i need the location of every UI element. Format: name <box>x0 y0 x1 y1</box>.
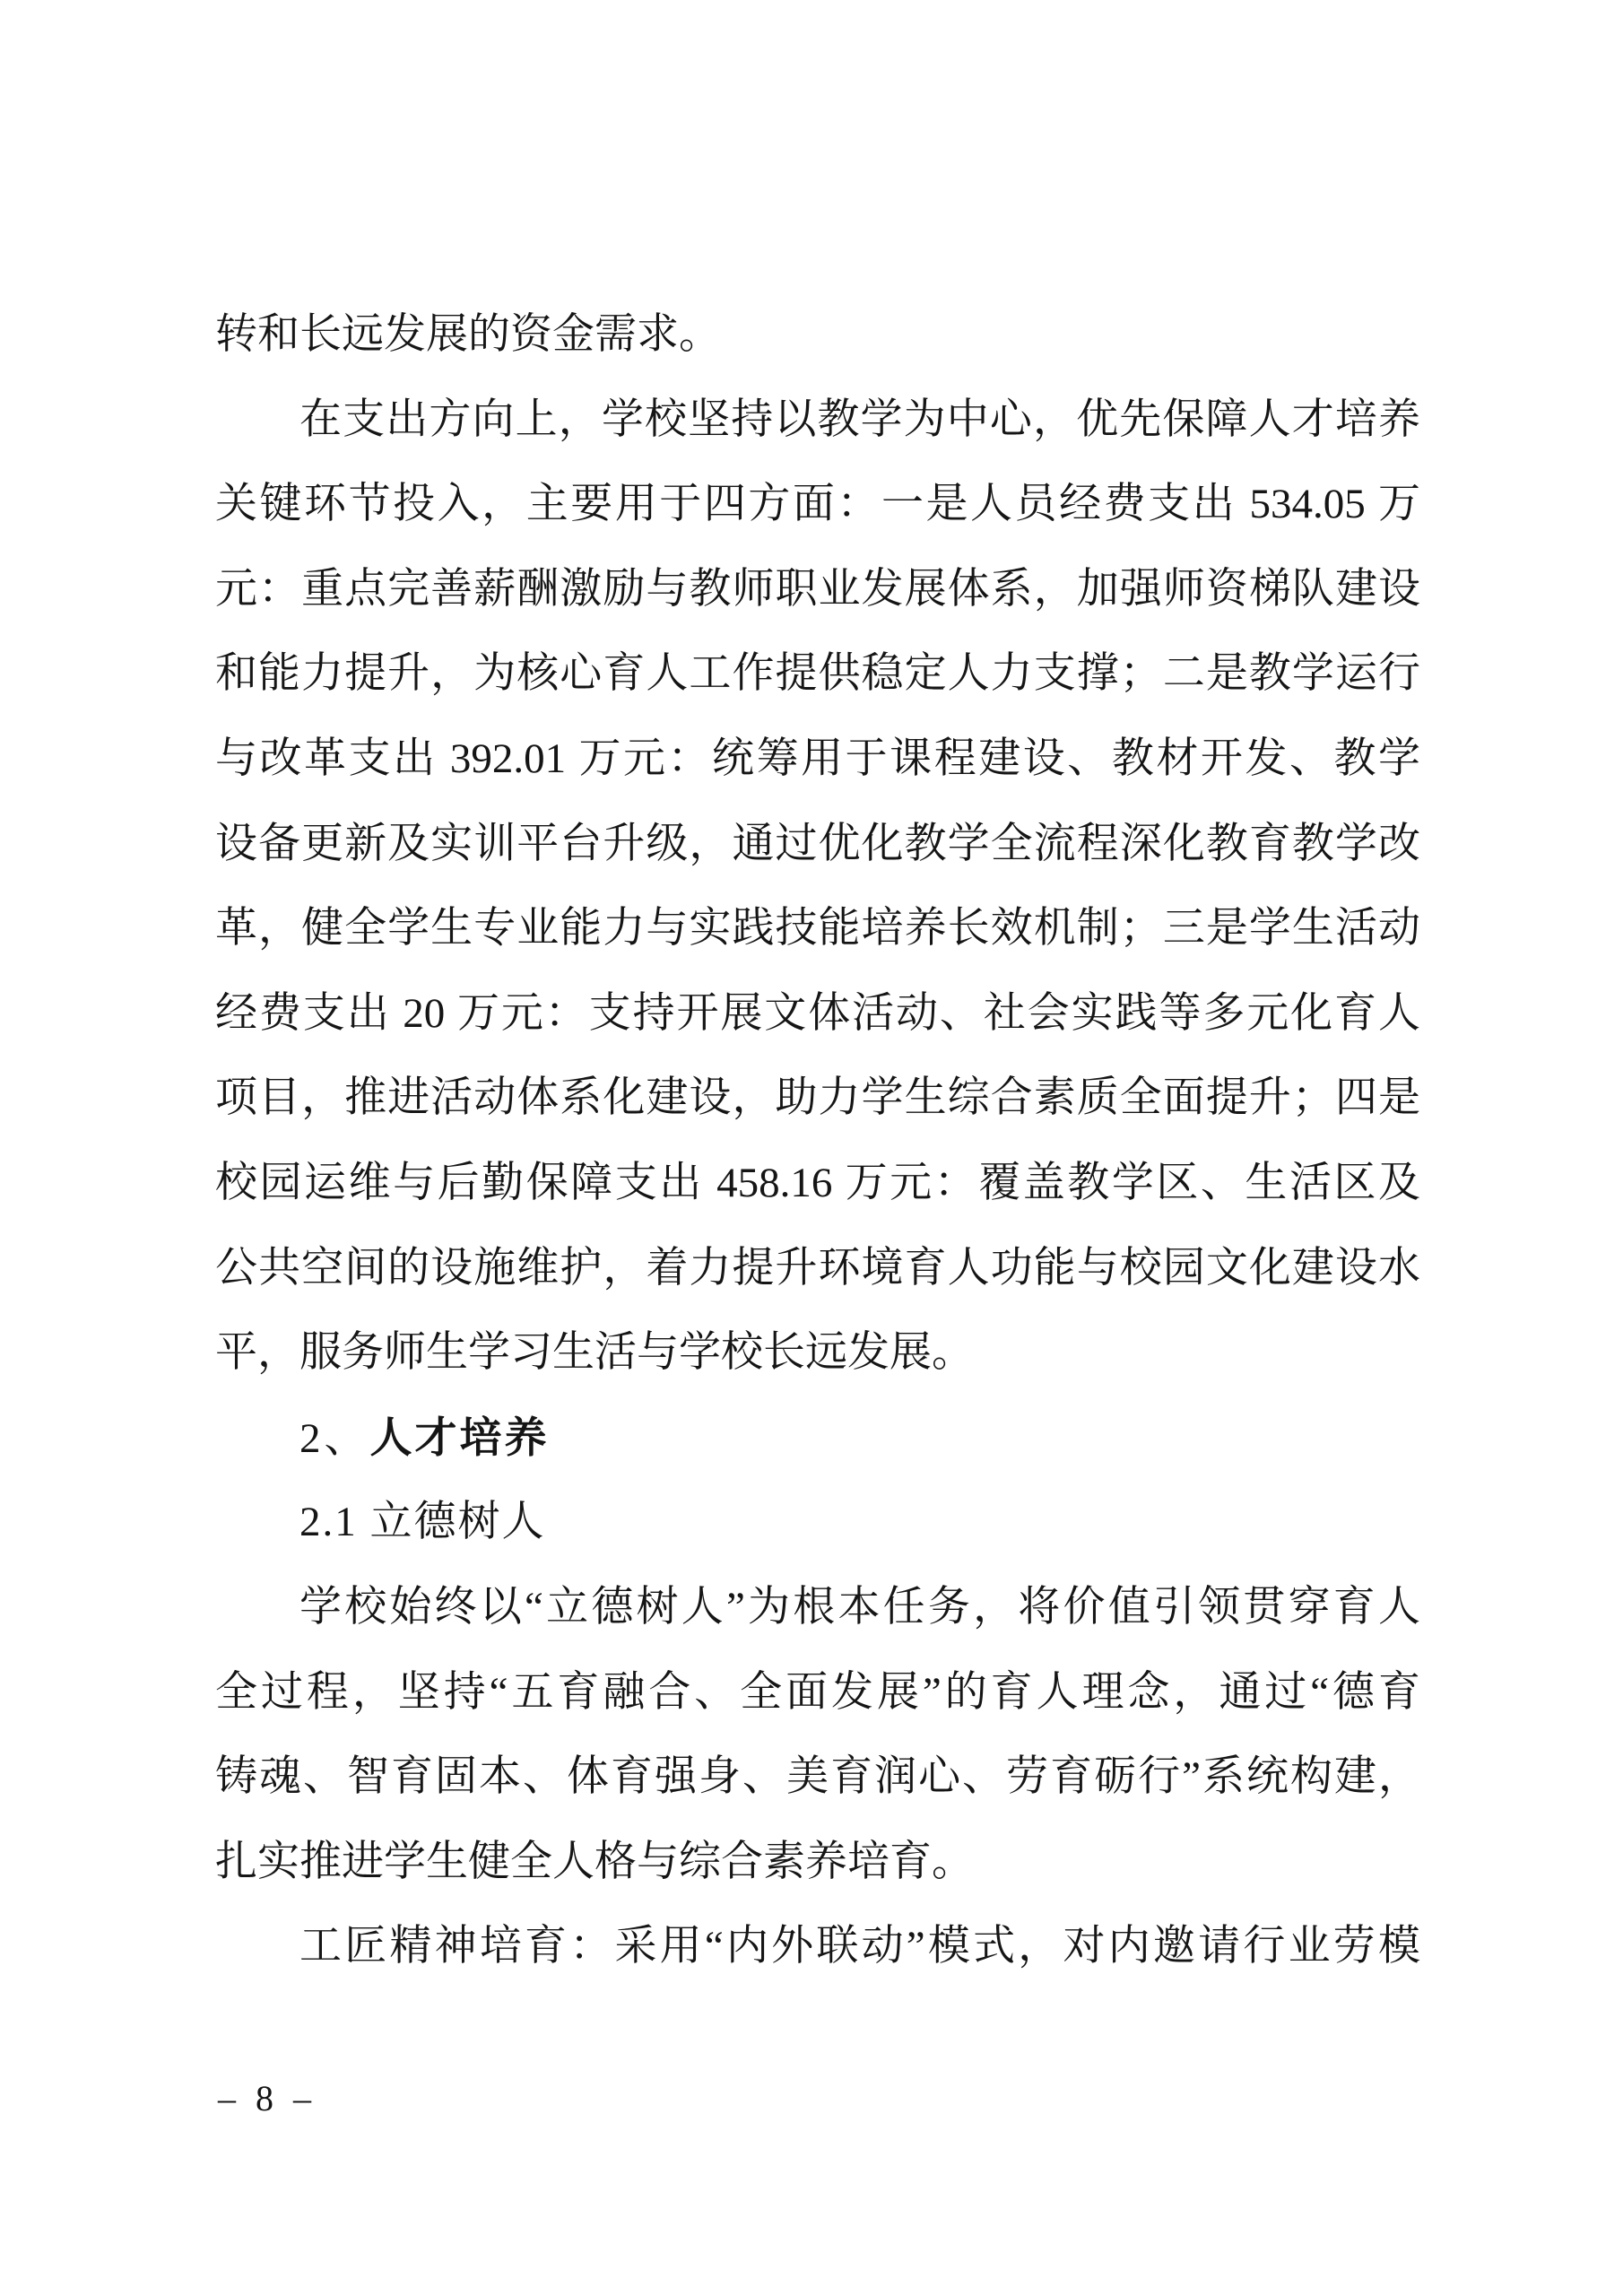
text-line: 设备更新及实训平台升级，通过优化教学全流程深化教育教学改 <box>215 802 1420 887</box>
heading-part: 人才培养 <box>370 1413 550 1461</box>
text-line: 关键环节投入，主要用于四方面：一是人员经费支出 534.05 万 <box>215 462 1420 547</box>
heading-part: 2、 <box>299 1415 370 1462</box>
text-line: 校园运维与后勤保障支出 458.16 万元：覆盖教学区、生活区及 <box>215 1141 1420 1226</box>
document-body: 转和长远发展的资金需求。在支出方向上，学校坚持以教学为中心，优先保障人才培养关键… <box>215 292 1420 1989</box>
section-heading: 2、人才培养 <box>215 1396 1420 1481</box>
text-line: 经费支出 20 万元：支持开展文体活动、社会实践等多元化育人 <box>215 971 1420 1057</box>
subsection-heading: 2.1 立德树人 <box>215 1480 1420 1565</box>
text-line: 扎实推进学生健全人格与综合素养培育。 <box>215 1820 1420 1905</box>
text-line: 公共空间的设施维护，着力提升环境育人功能与校园文化建设水 <box>215 1226 1420 1311</box>
text-line: 和能力提升，为核心育人工作提供稳定人力支撑；二是教学运行 <box>215 631 1420 717</box>
text-line: 全过程，坚持“五育融合、全面发展”的育人理念，通过“德育 <box>215 1650 1420 1735</box>
text-line: 革，健全学生专业能力与实践技能培养长效机制；三是学生活动 <box>215 886 1420 971</box>
page-number: – 8 – <box>218 2079 317 2118</box>
text-line: 元：重点完善薪酬激励与教师职业发展体系，加强师资梯队建设 <box>215 547 1420 632</box>
text-line: 铸魂、智育固本、体育强身、美育润心、劳育砺行”系统构建， <box>215 1735 1420 1820</box>
text-line: 转和长远发展的资金需求。 <box>215 292 1420 378</box>
document-page: 转和长远发展的资金需求。在支出方向上，学校坚持以教学为中心，优先保障人才培养关键… <box>0 0 1623 2296</box>
text-line: 平，服务师生学习生活与学校长远发展。 <box>215 1310 1420 1396</box>
text-line: 工匠精神培育：采用“内外联动”模式，对内邀请行业劳模 <box>215 1904 1420 1989</box>
text-line: 与改革支出 392.01 万元：统筹用于课程建设、教材开发、教学 <box>215 717 1420 802</box>
text-line: 项目，推进活动体系化建设，助力学生综合素质全面提升；四是 <box>215 1056 1420 1141</box>
text-line: 在支出方向上，学校坚持以教学为中心，优先保障人才培养 <box>215 378 1420 463</box>
text-line: 学校始终以“立德树人”为根本任务，将价值引领贯穿育人 <box>215 1565 1420 1650</box>
